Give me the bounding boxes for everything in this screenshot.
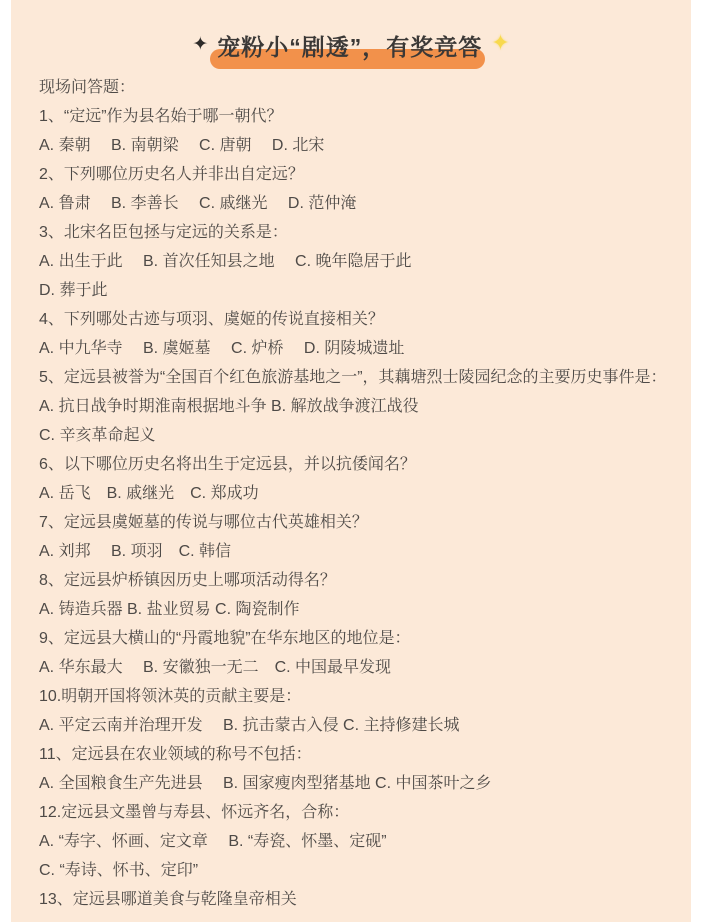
question-4: 4、下列哪处古迹与项羽、虞姬的传说直接相关？ [39,305,677,334]
options-5-line1: A. 抗日战争时期淮南根据地斗争 B. 解放战争渡江战役 [39,392,677,421]
question-5: 5、定远县被誉为“全国百个红色旅游基地之一”，其藕塘烈士陵园纪念的主要历史事件是… [39,363,677,392]
options-7: A. 刘邦 B. 项羽 C. 韩信 [39,537,677,566]
page-title: 宠粉小“剧透”，有奖竞答 [217,34,482,60]
question-13: 13、定远县哪道美食与乾隆皇帝相关 [39,885,677,914]
options-10: A. 平定云南并治理开发 B. 抗击蒙古入侵 C. 主持修建长城 [39,711,677,740]
options-3-line2: D. 葬于此 [39,276,677,305]
options-8: A. 铸造兵器 B. 盐业贸易 C. 陶瓷制作 [39,595,677,624]
question-10: 10.明朝开国将领沐英的贡献主要是： [39,682,677,711]
sparkle-dark-icon: ✦ [192,35,208,54]
question-11: 11、定远县在农业领域的称号不包括： [39,740,677,769]
question-8: 8、定远县炉桥镇因历史上哪项活动得名？ [39,566,677,595]
quiz-content: 现场问答题： 1、“定远”作为县名始于哪一朝代？ A. 秦朝 B. 南朝梁 C.… [39,73,677,914]
options-12-line1: A. “寿字、怀画、定文章 B. “寿瓷、怀墨、定砚” [39,827,677,856]
options-4: A. 中九华寺 B. 虞姬墓 C. 炉桥 D. 阴陵城遗址 [39,334,677,363]
options-3-line1: A. 出生于此 B. 首次任知县之地 C. 晚年隐居于此 [39,247,677,276]
options-1: A. 秦朝 B. 南朝梁 C. 唐朝 D. 北宋 [39,131,677,160]
article-panel: ✦ 宠粉小“剧透”，有奖竞答 ✦ 现场问答题： 1、“定远”作为县名始于哪一朝代… [11,0,691,922]
options-6: A. 岳飞 B. 戚继光 C. 郑成功 [39,479,677,508]
options-5-line2: C. 辛亥革命起义 [39,421,677,450]
article-title-row: ✦ 宠粉小“剧透”，有奖竞答 ✦ [11,34,691,60]
sparkle-yellow-icon: ✦ [491,32,509,54]
question-6: 6、以下哪位历史名将出生于定远县，并以抗倭闻名？ [39,450,677,479]
question-3: 3、北宋名臣包拯与定远的关系是： [39,218,677,247]
question-12: 12.定远县文墨曾与寿县、怀远齐名，合称： [39,798,677,827]
question-1: 1、“定远”作为县名始于哪一朝代？ [39,102,677,131]
options-2: A. 鲁肃 B. 李善长 C. 戚继光 D. 范仲淹 [39,189,677,218]
section-heading: 现场问答题： [39,73,677,102]
options-11: A. 全国粮食生产先进县 B. 国家瘦肉型猪基地 C. 中国茶叶之乡 [39,769,677,798]
question-2: 2、下列哪位历史名人并非出自定远？ [39,160,677,189]
options-9: A. 华东最大 B. 安徽独一无二 C. 中国最早发现 [39,653,677,682]
question-9: 9、定远县大横山的“丹霞地貌”在华东地区的地位是： [39,624,677,653]
options-12-line2: C. “寿诗、怀书、定印” [39,856,677,885]
question-7: 7、定远县虞姬墓的传说与哪位古代英雄相关？ [39,508,677,537]
